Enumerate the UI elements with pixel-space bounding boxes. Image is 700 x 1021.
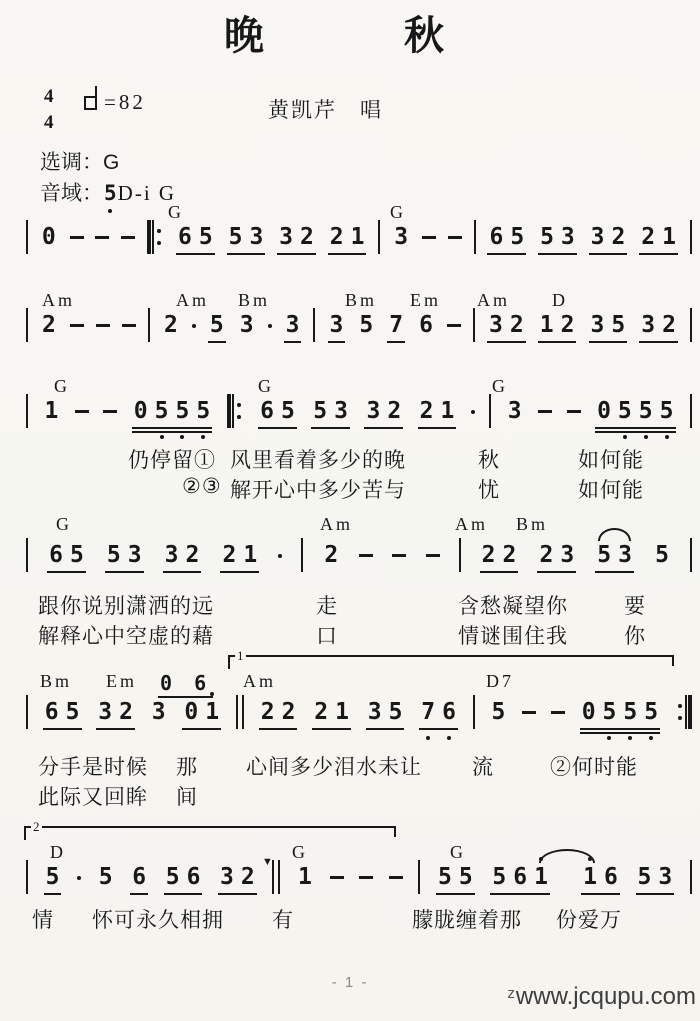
note-group: 2 xyxy=(322,542,340,571)
barline xyxy=(690,308,692,342)
lyric-text: 要 xyxy=(624,590,646,620)
barline xyxy=(26,394,28,428)
note: 6 xyxy=(49,542,63,570)
lyric-text: 解释心中空虚的藉 xyxy=(38,620,214,650)
double-barline xyxy=(272,860,280,894)
range-prefix: 音域： xyxy=(40,182,103,205)
note-group: 5 xyxy=(489,699,507,728)
lyric-text: 含愁凝望你 xyxy=(458,590,568,620)
watermark: zwww.jcqupu.com xyxy=(507,983,696,1011)
note-group: 21 xyxy=(312,699,351,730)
tempo-marking: =82 xyxy=(84,90,146,115)
chord-label: Bm xyxy=(238,290,270,311)
note: 5 xyxy=(281,398,295,426)
time-signature-bottom: 4 xyxy=(44,110,54,136)
barline xyxy=(26,220,28,254)
note-group: 21 xyxy=(328,224,367,255)
melody-row: 105556553322130555 xyxy=(26,398,692,429)
note: 5 xyxy=(459,864,473,892)
dash-note xyxy=(96,324,110,327)
dash-note xyxy=(447,324,461,327)
note: 0 xyxy=(597,398,611,426)
note: 2 xyxy=(186,542,200,570)
chord-label: Em xyxy=(106,671,137,692)
augmentation-dot xyxy=(278,554,282,558)
repeat-dots xyxy=(237,394,241,428)
chord-label: G xyxy=(54,376,70,397)
note: 5 xyxy=(107,542,121,570)
barline xyxy=(473,695,475,729)
note: 5 xyxy=(66,699,80,727)
dash-note xyxy=(389,876,403,879)
repeat-dots xyxy=(157,220,161,254)
note: 5 xyxy=(611,312,625,340)
note: 3 xyxy=(508,398,522,426)
note-group: 22 xyxy=(480,542,519,573)
note-group: 65 xyxy=(43,699,82,730)
lyric-text: 跟你说别潇洒的远 xyxy=(38,590,214,620)
repeat-dot xyxy=(678,716,682,720)
ending-number: 1 xyxy=(235,648,246,664)
note-group: 65 xyxy=(258,398,297,429)
dash-note xyxy=(70,324,84,327)
note: 3 xyxy=(641,312,655,340)
lyric-text: 流 xyxy=(472,751,494,781)
note: 5 xyxy=(438,864,452,892)
note: 5 xyxy=(660,398,674,426)
barline xyxy=(690,860,692,894)
note: 3 xyxy=(98,699,112,727)
note: 5 xyxy=(313,398,327,426)
dash-note xyxy=(75,410,89,413)
note-group: 3 xyxy=(392,224,410,253)
note-group: 65 xyxy=(487,224,526,255)
note-group: 23 xyxy=(537,542,576,573)
note-group: 53 xyxy=(105,542,144,573)
lyric-text: 走 xyxy=(316,590,338,620)
note: 1 xyxy=(243,542,257,570)
chord-label: Am xyxy=(477,290,510,311)
note: 2 xyxy=(300,224,314,252)
chord-label: G xyxy=(56,514,72,535)
chord-label: Am xyxy=(176,290,209,311)
note: 1 xyxy=(534,864,548,892)
ending-bracket: 1 xyxy=(228,655,674,668)
dash-note xyxy=(95,236,109,239)
chord-label: Bm xyxy=(516,514,548,535)
note: 2 xyxy=(324,542,338,570)
lyric-text: 你 xyxy=(624,620,646,650)
key-label: 选调：G xyxy=(40,146,119,176)
repeat-dot xyxy=(237,403,241,407)
dash-note xyxy=(392,554,406,557)
note: 2 xyxy=(662,312,676,340)
note: 5 xyxy=(510,224,524,252)
note: 3 xyxy=(240,312,254,340)
lyric-text: 解开心中多少苦与 xyxy=(230,474,406,504)
lyric-text: 忧 xyxy=(478,474,500,504)
chord-label: G xyxy=(450,842,466,863)
melody-row: 6553322122223535 xyxy=(26,542,692,573)
chord-label: Bm xyxy=(345,290,377,311)
note-group: 65 xyxy=(176,224,215,255)
note: 3 xyxy=(152,699,166,727)
repeat-end-sign xyxy=(675,695,692,729)
note-group: 32 xyxy=(487,312,526,343)
range-label: 音域：5D-i G xyxy=(40,177,176,207)
sheet-music-page: 晚 秋 4 4 =82 黄凯芹 唱 选调：G 音域：5D-i G GG06553… xyxy=(0,0,700,1021)
note: 6 xyxy=(513,864,527,892)
note: 2 xyxy=(539,542,553,570)
lyric-text: 如何能 xyxy=(578,474,644,504)
note: 2 xyxy=(420,398,434,426)
note-group: 3 xyxy=(238,312,256,341)
note-group: 0555 xyxy=(132,398,212,429)
tempo-value: =82 xyxy=(104,90,146,114)
note: 3 xyxy=(165,542,179,570)
chord-label: Am xyxy=(455,514,488,535)
barline xyxy=(473,308,475,342)
lyric-text: 此际又回眸 xyxy=(38,781,148,811)
note: 3 xyxy=(561,224,575,252)
note: 6 xyxy=(442,699,456,727)
note: 5 xyxy=(540,224,554,252)
note: 2 xyxy=(261,699,275,727)
singer-credit: 黄凯芹 唱 xyxy=(268,94,383,124)
watermark-url: www.jcqupu.com xyxy=(516,983,696,1010)
note-group: 5 xyxy=(44,864,62,895)
note-group: 5 xyxy=(357,312,375,341)
barline xyxy=(489,394,491,428)
lyric-text: 风里看着多少的晚 xyxy=(230,444,406,474)
dash-note xyxy=(103,410,117,413)
augmentation-dot xyxy=(268,324,272,328)
note: 0 xyxy=(42,224,56,252)
barline xyxy=(301,538,303,572)
note-group: 32 xyxy=(364,398,403,429)
note: 3 xyxy=(368,699,382,727)
note-group: 0 xyxy=(40,224,58,253)
note: 0 xyxy=(184,699,198,727)
barline xyxy=(474,220,476,254)
note: 1 xyxy=(44,398,58,426)
note-group: 32 xyxy=(277,224,316,255)
note: 3 xyxy=(658,864,672,892)
barline xyxy=(690,394,692,428)
dash-note xyxy=(121,236,135,239)
chord-label: D xyxy=(552,290,568,311)
note: 6 xyxy=(260,398,274,426)
note: 3 xyxy=(489,312,503,340)
note: 6 xyxy=(489,224,503,252)
note-group: 35 xyxy=(366,699,405,730)
melody-row: 065533221365533221 xyxy=(26,224,692,255)
note-group: 2 xyxy=(162,312,180,341)
barline xyxy=(26,695,28,729)
barline xyxy=(26,860,28,894)
dash-note xyxy=(330,876,344,879)
note-group: 53 xyxy=(311,398,350,429)
note: 6 xyxy=(132,864,146,892)
note: 3 xyxy=(128,542,142,570)
watermark-logo: z xyxy=(507,985,515,1002)
note: 5 xyxy=(597,542,611,570)
note: 5 xyxy=(618,398,632,426)
note: 5 xyxy=(155,398,169,426)
note: 5 xyxy=(46,864,60,892)
note-group: 21 xyxy=(418,398,457,429)
note-group: 0555 xyxy=(580,699,660,730)
note: 3 xyxy=(334,398,348,426)
barline xyxy=(690,538,692,572)
lyric-text: 秋 xyxy=(478,444,500,474)
note-group: 53 xyxy=(538,224,577,255)
note-group: 32 xyxy=(218,864,257,895)
note-group: 53 xyxy=(636,864,675,895)
barline xyxy=(148,308,150,342)
barline xyxy=(418,860,420,894)
note-group: 5 xyxy=(208,312,226,343)
note: 3 xyxy=(591,312,605,340)
dash-note xyxy=(359,876,373,879)
note: 2 xyxy=(641,224,655,252)
note-group: 5 xyxy=(653,542,671,571)
note: 2 xyxy=(241,864,255,892)
melody-row: 55656321555611653 xyxy=(26,864,692,895)
lyric-text: 份爱万 xyxy=(556,904,622,934)
note-group: 1 xyxy=(296,864,314,893)
note: 5 xyxy=(491,699,505,727)
chord-label: Bm xyxy=(40,671,72,692)
note: 3 xyxy=(249,224,263,252)
note-group: 3 xyxy=(150,699,168,728)
note: 1 xyxy=(540,312,554,340)
lyric-text: 情谜围住我 xyxy=(458,620,568,650)
chord-label: G xyxy=(292,842,308,863)
note: 2 xyxy=(482,542,496,570)
page-title-char-2: 秋 xyxy=(404,16,444,56)
note: 5 xyxy=(199,224,213,252)
note: 5 xyxy=(644,699,658,727)
note: 5 xyxy=(603,699,617,727)
note: 5 xyxy=(638,864,652,892)
note-group: 53 xyxy=(595,542,634,573)
lyric-text: 如何能 xyxy=(578,444,644,474)
note-group: 1 xyxy=(42,398,60,427)
note-group: 01 xyxy=(182,699,221,730)
note: 2 xyxy=(42,312,56,340)
chord-label: D xyxy=(50,842,66,863)
repeat-start-sign xyxy=(227,394,244,428)
ending-number: 2 xyxy=(31,819,42,835)
note-group: 21 xyxy=(639,224,678,255)
page-title-char-1: 晚 xyxy=(224,16,264,56)
lyric-text: 有 xyxy=(272,904,294,934)
note: 2 xyxy=(222,542,236,570)
chord-label: D7 xyxy=(486,671,514,692)
melody-row: 22533357632123532 xyxy=(26,312,692,343)
note-group: 5 xyxy=(97,864,115,893)
note: 6 xyxy=(419,312,433,340)
quarter-note-icon xyxy=(84,96,97,110)
note: 7 xyxy=(389,312,403,340)
repeat-dot xyxy=(157,241,161,245)
repeat-dot xyxy=(157,229,161,233)
note-group: 2 xyxy=(40,312,58,341)
barline xyxy=(459,538,461,572)
note: 5 xyxy=(210,312,224,340)
note: 2 xyxy=(314,699,328,727)
note: 2 xyxy=(387,398,401,426)
note-group: 65 xyxy=(47,542,86,573)
note: 2 xyxy=(330,224,344,252)
note: 1 xyxy=(298,864,312,892)
small-notes: 0 6 xyxy=(158,671,213,698)
note: 3 xyxy=(279,224,293,252)
note-group: 21 xyxy=(220,542,259,573)
note: 1 xyxy=(335,699,349,727)
melody-row: 65323012221357650555 xyxy=(26,699,692,730)
repeat-dot xyxy=(237,415,241,419)
note: 2 xyxy=(612,224,626,252)
lyric-text: ②③ xyxy=(182,474,222,499)
repeat-barlines xyxy=(685,695,692,729)
chord-label: Em xyxy=(410,290,441,311)
note-group: 56 xyxy=(164,864,203,895)
note: 5 xyxy=(623,699,637,727)
dash-note xyxy=(567,410,581,413)
chord-label: Am xyxy=(243,671,276,692)
note: 1 xyxy=(205,699,219,727)
note-group: 16 xyxy=(581,864,620,895)
note: 2 xyxy=(119,699,133,727)
augmentation-dot xyxy=(471,410,475,414)
note: 3 xyxy=(560,542,574,570)
note: 5 xyxy=(492,864,506,892)
note-group: 22 xyxy=(259,699,298,730)
note-group: 32 xyxy=(96,699,135,730)
note: 3 xyxy=(591,224,605,252)
dash-note xyxy=(70,236,84,239)
repeat-start-sign xyxy=(147,220,164,254)
lyric-text: 分手是时候 xyxy=(38,751,148,781)
note: 5 xyxy=(389,699,403,727)
chord-label: Am xyxy=(320,514,353,535)
note-group: 0555 xyxy=(595,398,675,429)
time-signature-top: 4 xyxy=(44,84,54,110)
ending-bracket: 2 xyxy=(24,826,396,839)
note: 5 xyxy=(229,224,243,252)
note-group: 6 xyxy=(417,312,435,341)
note: 3 xyxy=(394,224,408,252)
note: 5 xyxy=(175,398,189,426)
note-group: 76 xyxy=(419,699,458,730)
chord-label: Am xyxy=(42,290,75,311)
dash-note xyxy=(122,324,136,327)
note-group: 53 xyxy=(227,224,266,255)
barline xyxy=(26,308,28,342)
note: 5 xyxy=(99,864,113,892)
note: 0 xyxy=(134,398,148,426)
chord-label: G xyxy=(258,376,274,397)
note-group: 55 xyxy=(436,864,475,895)
lyric-text: ②何时能 xyxy=(550,751,638,781)
note-group: 7 xyxy=(387,312,405,343)
note: 3 xyxy=(366,398,380,426)
note: 5 xyxy=(655,542,669,570)
lyric-text: 情 xyxy=(32,904,54,934)
note: 1 xyxy=(351,224,365,252)
note: 6 xyxy=(187,864,201,892)
note: 0 xyxy=(582,699,596,727)
note-group: 35 xyxy=(589,312,628,343)
note-group: 3 xyxy=(506,398,524,427)
dash-note xyxy=(448,236,462,239)
note: 6 xyxy=(178,224,192,252)
lyric-text: 心间多少泪水未让 xyxy=(246,751,422,781)
note: 3 xyxy=(330,312,344,340)
note: 1 xyxy=(583,864,597,892)
double-barline xyxy=(236,695,244,729)
note: 5 xyxy=(166,864,180,892)
note: 2 xyxy=(510,312,524,340)
augmentation-dot xyxy=(77,876,81,880)
note-group: 3 xyxy=(284,312,302,343)
dash-note xyxy=(538,410,552,413)
slur-arc xyxy=(539,849,595,863)
note: 5 xyxy=(639,398,653,426)
note: 1 xyxy=(662,224,676,252)
note-group: 561 xyxy=(490,864,550,895)
note: 2 xyxy=(503,542,517,570)
lyric-text: 那 xyxy=(176,751,198,781)
note-group: 3 xyxy=(328,312,346,343)
repeat-barlines xyxy=(227,394,234,428)
dash-note xyxy=(522,711,536,714)
barline xyxy=(690,220,692,254)
note: 6 xyxy=(45,699,59,727)
note: 2 xyxy=(282,699,296,727)
note: 3 xyxy=(220,864,234,892)
note: 7 xyxy=(421,699,435,727)
note: 5 xyxy=(359,312,373,340)
repeat-dots xyxy=(678,695,682,729)
note-group: 6 xyxy=(130,864,148,895)
barline xyxy=(378,220,380,254)
note-group: 32 xyxy=(163,542,202,573)
lyric-text: 口 xyxy=(316,620,338,650)
note-group: 32 xyxy=(589,224,628,255)
lyric-text: 间 xyxy=(176,781,198,811)
range-low-note: 5 xyxy=(104,181,117,205)
barline xyxy=(26,538,28,572)
lyric-text: 仍停留① xyxy=(128,444,216,474)
note: 3 xyxy=(618,542,632,570)
note: 6 xyxy=(604,864,618,892)
lyric-text: 朦胧缠着那 xyxy=(412,904,522,934)
note: 2 xyxy=(561,312,575,340)
time-signature: 4 4 xyxy=(44,84,54,135)
note-group: 12 xyxy=(538,312,577,343)
note: 3 xyxy=(286,312,300,340)
augmentation-dot xyxy=(192,324,196,328)
dash-note xyxy=(426,554,440,557)
lyric-text: 怀可永久相拥 xyxy=(92,904,224,934)
note: 5 xyxy=(196,398,210,426)
chord-label: G xyxy=(390,202,406,223)
note: 2 xyxy=(164,312,178,340)
note-group: 32 xyxy=(639,312,678,343)
